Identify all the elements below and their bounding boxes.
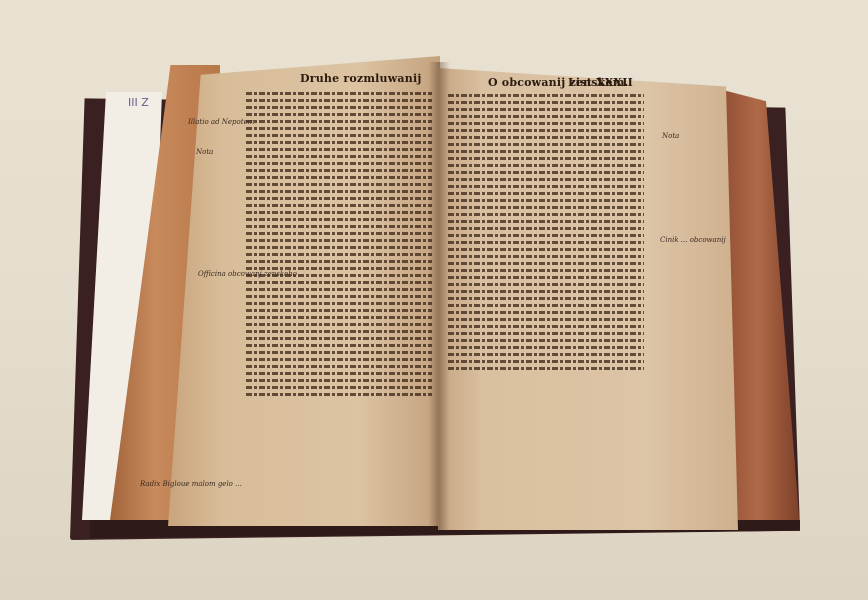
- left-running-header: Druhe rozmluwanij: [300, 72, 422, 85]
- marginal-note: Illatio ad Nepotem: [188, 118, 254, 127]
- right-text-block: [448, 94, 644, 394]
- folio-number: List XXXII: [568, 76, 633, 89]
- marginal-note: Officina obcowanj zenskeho: [198, 270, 297, 279]
- marginal-note: Nota: [196, 148, 213, 157]
- left-text-block: [246, 92, 432, 420]
- book-photo: III Z Druhe rozmluwanij O obcowanij zens…: [0, 0, 868, 600]
- marginal-note: Radix Bigloue malom gelo ...: [140, 480, 242, 489]
- marginal-note: Cinik ... obcowanij: [660, 236, 726, 245]
- marginal-note: Nota: [662, 132, 679, 141]
- shelfmark-label: III Z: [128, 96, 149, 109]
